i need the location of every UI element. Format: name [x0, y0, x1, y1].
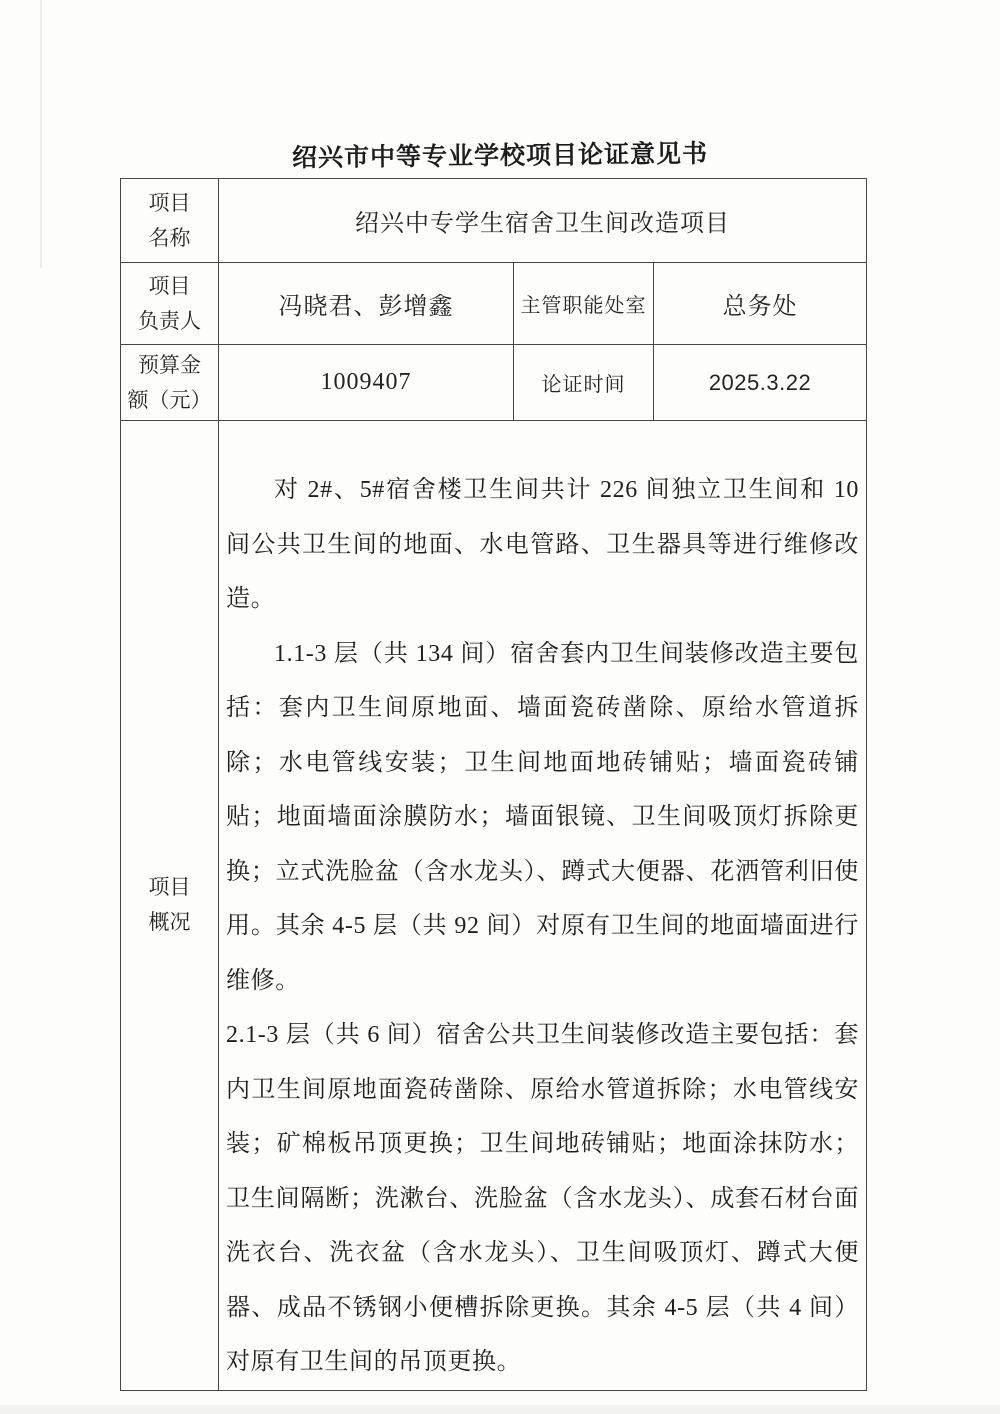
project-leader-label-line1: 项目	[121, 269, 218, 304]
overview-paragraph-1: 对 2#、5#宿舍楼卫生间共计 226 间独立卫生间和 10 间公共卫生间的地面…	[226, 463, 859, 627]
scanner-edge-artifact	[40, 0, 42, 268]
row-leader-and-dept: 项目 负责人 冯晓君、彭增鑫 主管职能处室 总务处	[121, 263, 867, 345]
row-budget-and-time: 预算金 额（元） 1009407 论证时间 2025.3.22	[121, 345, 867, 421]
project-leader-value: 冯晓君、彭增鑫	[219, 263, 514, 345]
project-name-label-line1: 项目	[121, 186, 218, 221]
overview-paragraph-2: 1.1-3 层（共 134 间）宿舍套内卫生间装修改造主要包括：套内卫生间原地面…	[226, 627, 859, 1009]
scan-bottom-edge	[0, 1405, 1000, 1414]
project-overview-label-line1: 项目	[121, 870, 218, 905]
project-overview-label: 项目 概况	[121, 421, 219, 1391]
project-overview-content: 对 2#、5#宿舍楼卫生间共计 226 间独立卫生间和 10 间公共卫生间的地面…	[219, 421, 867, 1391]
row-project-overview: 项目 概况 对 2#、5#宿舍楼卫生间共计 226 间独立卫生间和 10 间公共…	[121, 421, 867, 1391]
scanned-document-page: 绍兴市中等专业学校项目论证意见书 项目 名称 绍兴中专学生宿舍卫生间改造项目 项…	[0, 0, 1000, 1414]
review-time-label: 论证时间	[514, 345, 654, 421]
budget-label-line1: 预算金	[121, 348, 218, 383]
project-overview-label-line2: 概况	[121, 905, 218, 940]
overview-paragraph-3: 2.1-3 层（共 6 间）宿舍公共卫生间装修改造主要包括：套内卫生间原地面瓷砖…	[226, 1008, 859, 1390]
document-title: 绍兴市中等专业学校项目论证意见书	[0, 131, 1000, 177]
supervising-dept-label: 主管职能处室	[514, 263, 654, 345]
project-name-label-line2: 名称	[121, 221, 218, 256]
project-name-value: 绍兴中专学生宿舍卫生间改造项目	[219, 179, 867, 263]
row-project-name: 项目 名称 绍兴中专学生宿舍卫生间改造项目	[121, 179, 867, 263]
project-leader-label-line2: 负责人	[121, 304, 218, 339]
budget-label-line2: 额（元）	[121, 383, 218, 418]
review-time-value: 2025.3.22	[654, 345, 867, 421]
project-leader-label: 项目 负责人	[121, 263, 219, 345]
budget-value: 1009407	[219, 345, 514, 421]
project-review-form: 项目 名称 绍兴中专学生宿舍卫生间改造项目 项目 负责人 冯晓君、彭增鑫 主管职…	[120, 178, 867, 1391]
project-name-label: 项目 名称	[121, 179, 219, 263]
supervising-dept-value: 总务处	[654, 263, 867, 345]
budget-label: 预算金 额（元）	[121, 345, 219, 421]
